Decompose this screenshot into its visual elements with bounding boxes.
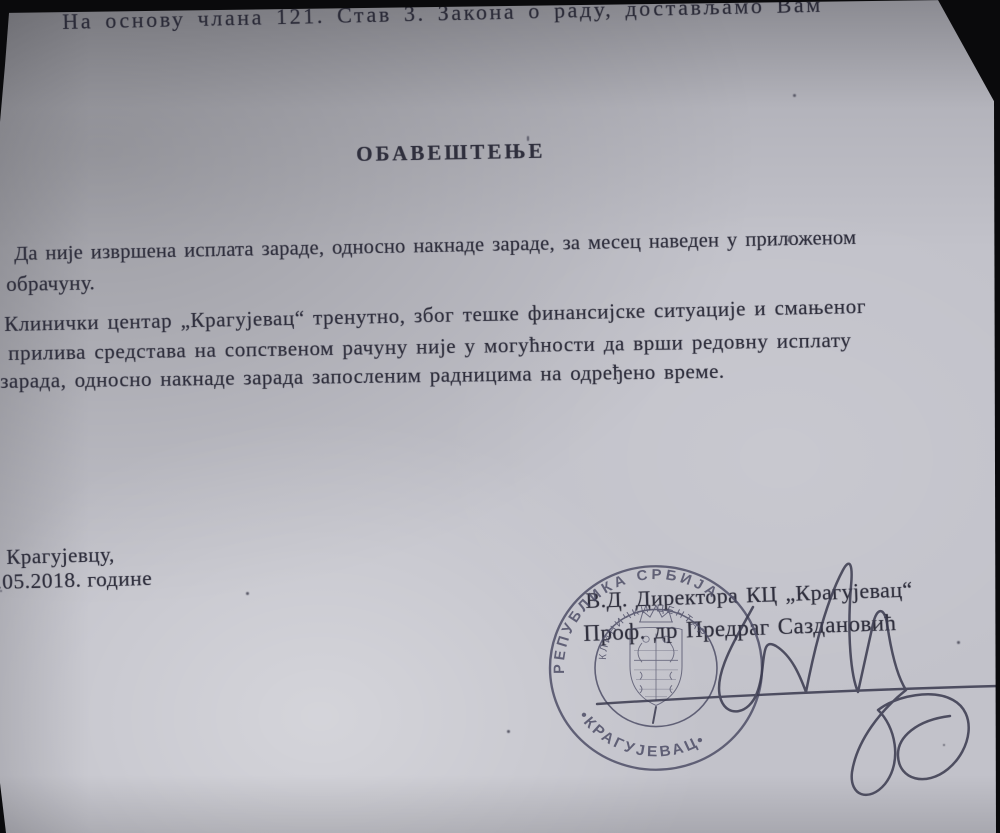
- dust-speck: [246, 592, 249, 595]
- date-line: .05.2018. године: [0, 566, 153, 595]
- dust-speck: [527, 136, 529, 141]
- dust-speck: [943, 744, 945, 746]
- official-stamp: РЕПУБЛИКА СРБИЈА •КРАГУЈЕВАЦ• КЛИНИЧКИ Ц…: [536, 548, 776, 788]
- document-photo: На основу члана 121. Став 3. Закона о ра…: [0, 0, 1000, 833]
- dust-speck: [0, 590, 2, 592]
- paper-sheet: [0, 0, 1000, 833]
- paragraph-1-line-2: обрачуну.: [6, 270, 95, 297]
- coat-of-arms: [630, 606, 682, 706]
- dust-speck: [507, 730, 510, 733]
- dust-speck: [793, 94, 796, 97]
- dust-speck: [957, 641, 960, 644]
- document-title: ОБАВЕШТЕЊЕ: [356, 139, 546, 167]
- place-line: Крагујевцу,: [6, 542, 115, 570]
